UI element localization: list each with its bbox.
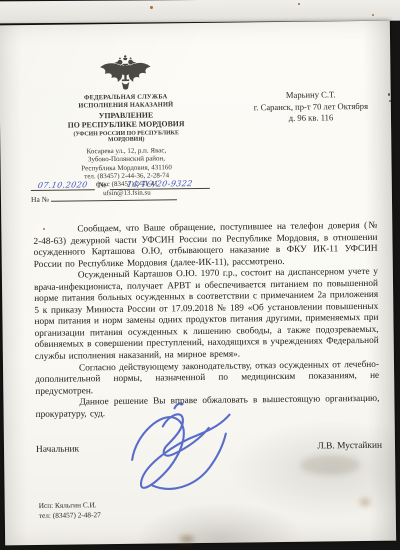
agency-name-line2: ИСПОЛНЕНИЯ НАКАЗАНИЙ [8,100,244,110]
signer-name: Л.В. Мустайкин [317,441,382,452]
edge-mark [389,100,391,102]
fsin-eagle-emblem-icon [96,54,154,93]
letterhead: ФЕДЕРАЛЬНАЯ СЛУЖБА ИСПОЛНЕНИЯ НАКАЗАНИЙ … [7,52,245,198]
outgoing-number-field: 14/ТО/20-9322 [110,179,210,190]
reply-number-field [51,191,177,202]
signature-row: Начальник Л.В. Мустайкин [36,441,382,455]
rust-speck [43,228,45,230]
addressee-house: д. 96 кв. 116 [228,112,394,126]
stain [180,536,194,542]
paragraph-medical: Осужденный Карташов О.Ю. 1970 г.р., сост… [34,267,379,364]
background-sheet-edge [0,0,400,23]
rust-speck [372,14,374,16]
reply-to-label: На № [31,195,49,204]
rust-speck [298,3,300,5]
executor-name: Исп: Кяльгин С.И. [39,500,101,511]
reply-reference-row: На № [31,191,177,204]
signer-position: Начальник [36,444,79,455]
executor-block: Исп: Кяльгин С.И. тел: (83457) 2-48-27 [39,500,101,520]
stain [360,498,370,506]
addressee-block: Марьину С.Т. г. Саранск, пр-т 70 лет Окт… [228,89,394,126]
edge-mark [388,93,390,96]
number-sign-label: № [99,180,106,189]
handwritten-date: 07.10.2020 [37,180,88,190]
rust-speck [150,6,153,9]
letter-body: Сообщаем, что Ваше обращение, поступивше… [33,221,379,421]
crease-shadow [300,455,360,475]
executor-phone: тел: (83457) 2-48-27 [39,510,101,521]
scanned-letter-photo: ФЕДЕРАЛЬНАЯ СЛУЖБА ИСПОЛНЕНИЯ НАКАЗАНИЙ … [0,0,400,550]
handwritten-number: 14/ТО/20-9322 [126,179,193,189]
paragraph-law: Согласно действующему законодательству, … [35,359,379,398]
outgoing-date-field: 07.10.2020 [31,180,95,191]
paragraph-intro: Сообщаем, что Ваше обращение, поступивше… [33,221,378,271]
department-paren-line2: МОРДОВИЯ) [8,136,244,146]
